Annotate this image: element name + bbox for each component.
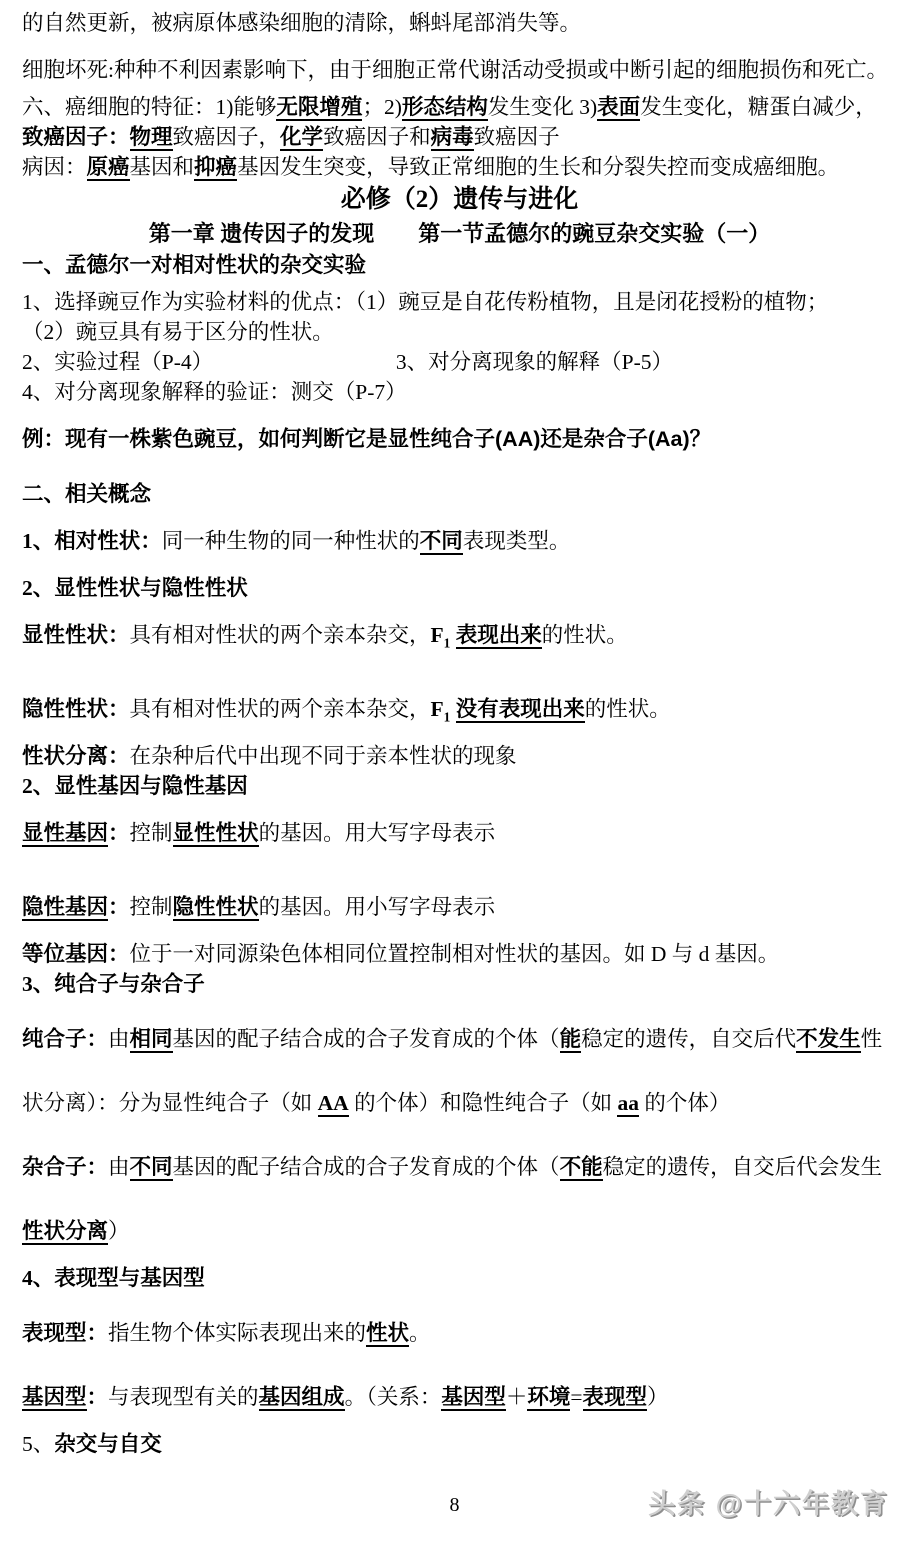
doc-text-run: 2、显性基因与隐性基因	[22, 774, 248, 798]
doc-text-run: 基因的配子结合成的合子发育成的个体（	[173, 1155, 560, 1179]
doc-line: 2、实验过程（P-4） 3、对分离现象的解释（P-5）	[22, 347, 897, 377]
doc-text-run: 一、孟德尔一对相对性状的杂交实验	[22, 253, 366, 277]
doc-text-run: 基因型	[441, 1385, 506, 1411]
doc-text-run: 必修（2）遗传与进化	[341, 186, 579, 213]
doc-line: 3、纯合子与杂合子	[22, 969, 897, 999]
doc-text-run: 不发生	[796, 1027, 861, 1053]
doc-text-run: （2）豌豆具有易于区分的性状。	[22, 320, 334, 344]
doc-text-run: F	[431, 623, 444, 647]
doc-text-run: 的个体）	[639, 1091, 730, 1115]
doc-text-run: 发生变化 3)	[488, 95, 597, 119]
doc-line: 等位基因：位于一对同源染色体相同位置控制相对性状的基因。如 D 与 d 基因。	[22, 939, 897, 969]
doc-line: 状分离）：分为显性纯合子（如 AA 的个体）和隐性纯合子（如 aa 的个体）	[22, 1088, 897, 1118]
doc-text-run: 由	[108, 1027, 130, 1051]
doc-text-run: 物理	[130, 125, 173, 151]
doc-text-run: 病毒	[431, 125, 474, 151]
doc-text-run: ：	[108, 821, 130, 845]
doc-line: 必修（2）遗传与进化	[22, 182, 897, 218]
doc-text-run: AA	[318, 1091, 349, 1117]
doc-line: 细胞坏死:种种不利因素影响下，由于细胞正常代谢活动受损或中断引起的细胞损伤和死亡…	[22, 55, 897, 85]
doc-text-run: 的自然更新，被病原体感染细胞的清除，蝌蚪尾部消失等。	[22, 11, 581, 35]
doc-text-run: 相同	[130, 1027, 173, 1053]
doc-text-run: 六、癌细胞的特征：1)能够	[22, 95, 276, 119]
doc-text-run: 隐性基因	[22, 895, 108, 921]
doc-line: 显性性状：具有相对性状的两个亲本杂交，F1 表现出来的性状。	[22, 620, 897, 650]
doc-text-run: 状分离）：分为显性纯合子（如	[22, 1091, 318, 1115]
doc-text-run: 无限增殖	[276, 95, 362, 121]
doc-text-run: 的性状。	[585, 697, 671, 721]
doc-text-run: 不同	[420, 529, 463, 555]
doc-line: 1、选择豌豆作为实验材料的优点：（1）豌豆是自花传粉植物，且是闭花授粉的植物；	[22, 287, 897, 317]
doc-text-run: 的基因。用大写字母表示	[259, 821, 496, 845]
doc-text-run: 病因：	[22, 155, 87, 179]
watermark: 头条 @十六年教育	[648, 1482, 889, 1521]
doc-text-run: 。（关系：	[345, 1385, 442, 1409]
doc-text-run: 细胞坏死:种种不利因素影响下，由于细胞正常代谢活动受损或中断引起的细胞损伤和死亡…	[22, 58, 888, 82]
doc-text-run: 第一章 遗传因子的发现 第一节孟德尔的豌豆杂交实验（一）	[149, 221, 771, 246]
doc-text-run: 基因和	[130, 155, 195, 179]
doc-line: 4、对分离现象解释的验证：测交（P-7）	[22, 377, 897, 407]
doc-text-run: 4、表现型与基因型	[22, 1266, 205, 1290]
doc-line: 第一章 遗传因子的发现 第一节孟德尔的豌豆杂交实验（一）	[22, 218, 897, 250]
doc-text-run: 原癌	[87, 155, 130, 181]
doc-line: 隐性基因：控制隐性性状的基因。用小写字母表示	[22, 892, 897, 922]
doc-text-run: 杂合子：	[22, 1155, 108, 1179]
doc-text-run: 性状分离	[22, 1219, 108, 1245]
doc-text-run: aa	[617, 1091, 639, 1117]
doc-text-run: 致癌因子	[474, 125, 560, 149]
doc-text-run: 性状分离：	[22, 744, 130, 768]
doc-text-run: 控制	[130, 821, 173, 845]
doc-line: 的自然更新，被病原体感染细胞的清除，蝌蚪尾部消失等。	[22, 8, 897, 38]
doc-text-run: 表面	[597, 95, 640, 121]
doc-text-run: 显性基因	[22, 821, 108, 847]
doc-text-run: 例：现有一株紫色豌豆，如何判断它是显性纯合子(AA)还是杂合子(Aa)？	[22, 427, 711, 451]
doc-text-run: 致癌因子和	[323, 125, 431, 149]
doc-line: （2）豌豆具有易于区分的性状。	[22, 317, 897, 347]
doc-line: 2、显性性状与隐性性状	[22, 573, 897, 603]
doc-text-run: 抑癌	[194, 155, 237, 181]
doc-text-run: 。	[409, 1321, 431, 1345]
doc-text-run: 隐性性状：	[22, 697, 130, 721]
doc-text-run: 等位基因：	[22, 942, 130, 966]
doc-line: 二、相关概念	[22, 479, 897, 509]
doc-text-run: 表现出来	[456, 623, 542, 649]
doc-line: 5、杂交与自交	[22, 1429, 897, 1459]
doc-text-run: 相对性状：	[54, 529, 162, 553]
doc-text-run: =	[570, 1385, 582, 1409]
doc-text-run: 控制	[130, 895, 173, 919]
doc-text-run: 性	[861, 1027, 883, 1051]
doc-text-run: ）	[647, 1385, 669, 1409]
doc-text-run: 指生物个体实际表现出来的	[108, 1321, 366, 1345]
doc-text-run: 不能	[560, 1155, 603, 1181]
doc-text-run: 具有相对性状的两个亲本杂交，	[130, 697, 431, 721]
doc-text-run: 能	[560, 1027, 582, 1053]
doc-text-run: 表现型	[583, 1385, 648, 1411]
doc-text-run: 的性状。	[542, 623, 628, 647]
doc-line: 显性基因：控制显性性状的基因。用大写字母表示	[22, 818, 897, 848]
doc-text-run: 5、	[22, 1432, 54, 1456]
doc-text-run: 没有表现出来	[456, 697, 585, 723]
doc-text-run: 致癌因子，	[173, 125, 281, 149]
doc-text-run: ：	[87, 1385, 109, 1409]
doc-text-run: F	[431, 697, 444, 721]
doc-text-run: 发生变化，糖蛋白减少，	[640, 95, 877, 119]
doc-line: 性状分离：在杂种后代中出现不同于亲本性状的现象	[22, 741, 897, 771]
doc-line: 例：现有一株紫色豌豆，如何判断它是显性纯合子(AA)还是杂合子(Aa)？	[22, 424, 897, 454]
document-body: 的自然更新，被病原体感染细胞的清除，蝌蚪尾部消失等。细胞坏死:种种不利因素影响下…	[0, 0, 909, 1459]
doc-text-run: 1、	[22, 529, 54, 553]
doc-text-run: 杂交与自交	[54, 1432, 162, 1456]
doc-line: 一、孟德尔一对相对性状的杂交实验	[22, 250, 897, 280]
doc-text-run: ＋	[506, 1385, 528, 1409]
doc-text-run: 1、选择豌豆作为实验材料的优点：（1）豌豆是自花传粉植物，且是闭花授粉的植物；	[22, 290, 828, 314]
doc-text-run: 由	[108, 1155, 130, 1179]
doc-text-run: 4、对分离现象解释的验证：测交（P-7）	[22, 380, 407, 404]
doc-text-run: 基因组成	[259, 1385, 345, 1411]
doc-line: 纯合子：由相同基因的配子结合成的合子发育成的个体（能稳定的遗传，自交后代不发生性	[22, 1024, 897, 1054]
doc-text-run: 稳定的遗传，自交后代	[581, 1027, 796, 1051]
doc-line: 基因型：与表现型有关的基因组成。（关系：基因型＋环境=表现型）	[22, 1382, 897, 1412]
doc-text-run: 与表现型有关的	[108, 1385, 259, 1409]
doc-text-run: 基因型	[22, 1385, 87, 1411]
doc-text-run: ：	[108, 895, 130, 919]
doc-text-run: 表现类型。	[463, 529, 571, 553]
doc-text-run: ；2)	[362, 95, 401, 119]
doc-text-run: 形态结构	[402, 95, 488, 121]
doc-text-run: 化学	[280, 125, 323, 151]
doc-line: 六、癌细胞的特征：1)能够无限增殖；2)形态结构发生变化 3)表面发生变化，糖蛋…	[22, 92, 897, 122]
doc-text-run: 位于一对同源染色体相同位置控制相对性状的基因。如 D 与 d 基因。	[130, 942, 780, 966]
doc-text-run: 性状	[366, 1321, 409, 1347]
doc-text-run: 稳定的遗传，自交后代会发生	[603, 1155, 883, 1179]
doc-text-run: 致癌因子：	[22, 125, 130, 149]
doc-text-run: 具有相对性状的两个亲本杂交，	[130, 623, 431, 647]
doc-text-run: ）	[108, 1219, 130, 1243]
doc-text-run: 的个体）和隐性纯合子（如	[349, 1091, 618, 1115]
doc-text-run: 的基因。用小写字母表示	[259, 895, 496, 919]
doc-text-run: 显性性状	[173, 821, 259, 847]
doc-text-run: 纯合子：	[22, 1027, 108, 1051]
doc-text-run	[450, 697, 455, 721]
doc-text-run: 同一种生物的同一种性状的	[162, 529, 420, 553]
doc-text-run: 2、实验过程（P-4） 3、对分离现象的解释（P-5）	[22, 350, 673, 374]
doc-text-run: 3、纯合子与杂合子	[22, 972, 205, 996]
doc-line: 性状分离）	[22, 1216, 897, 1246]
doc-text-run: 隐性性状	[173, 895, 259, 921]
doc-text-run: 环境	[527, 1385, 570, 1411]
doc-text-run	[450, 623, 455, 647]
doc-text-run: 2、显性性状与隐性性状	[22, 576, 248, 600]
doc-line: 隐性性状：具有相对性状的两个亲本杂交，F1 没有表现出来的性状。	[22, 694, 897, 724]
doc-line: 表现型：指生物个体实际表现出来的性状。	[22, 1318, 897, 1348]
doc-line: 杂合子：由不同基因的配子结合成的合子发育成的个体（不能稳定的遗传，自交后代会发生	[22, 1152, 897, 1182]
doc-text-run: 显性性状：	[22, 623, 130, 647]
doc-text-run: 二、相关概念	[22, 482, 151, 506]
doc-line: 病因：原癌基因和抑癌基因发生突变，导致正常细胞的生长和分裂失控而变成癌细胞。	[22, 152, 897, 182]
document-page: 的自然更新，被病原体感染细胞的清除，蝌蚪尾部消失等。细胞坏死:种种不利因素影响下…	[0, 0, 909, 1541]
doc-text-run: 不同	[130, 1155, 173, 1181]
doc-line: 致癌因子：物理致癌因子，化学致癌因子和病毒致癌因子	[22, 122, 897, 152]
doc-text-run: 表现型：	[22, 1321, 108, 1345]
doc-line: 4、表现型与基因型	[22, 1263, 897, 1293]
doc-text-run: 基因发生突变，导致正常细胞的生长和分裂失控而变成癌细胞。	[237, 155, 839, 179]
doc-text-run: 基因的配子结合成的合子发育成的个体（	[173, 1027, 560, 1051]
doc-text-run: 在杂种后代中出现不同于亲本性状的现象	[130, 744, 517, 768]
doc-line: 2、显性基因与隐性基因	[22, 771, 897, 801]
doc-line: 1、相对性状：同一种生物的同一种性状的不同表现类型。	[22, 526, 897, 556]
